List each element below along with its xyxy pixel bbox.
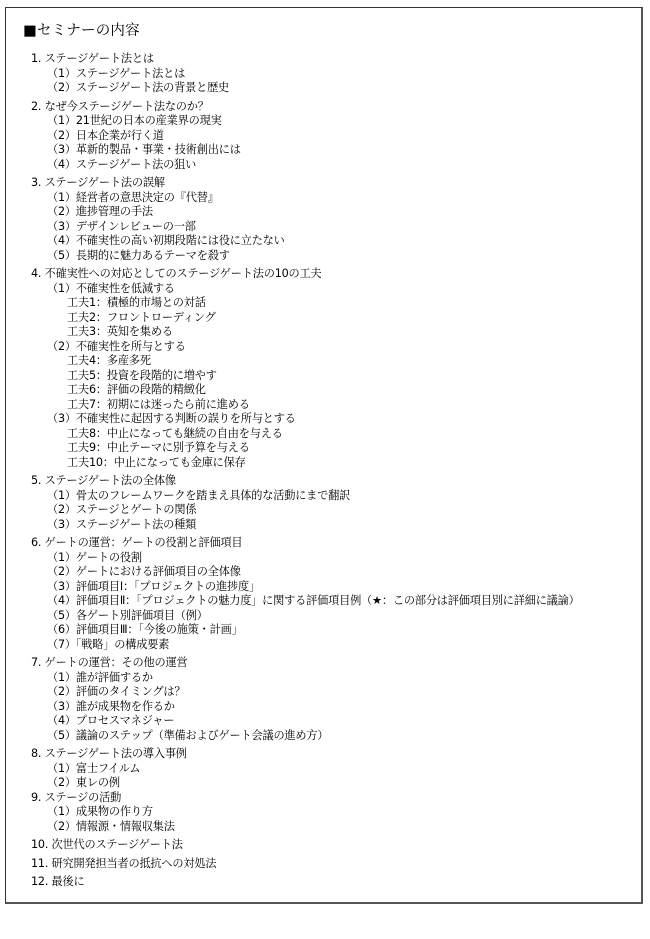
sub-item: （4）不確実性の高い初期段階には役に立たない xyxy=(31,234,580,249)
sub-item: （4）評価項目Ⅱ：「プロジェクトの魅力度」に関する評価項目例（★：この部分は評価… xyxy=(31,594,580,609)
sub-item: （5）議論のステップ（準備およびゲート会議の進め方） xyxy=(31,729,580,744)
sub-item: （1）誰が評価するか xyxy=(31,671,580,686)
sub-item: （2）ゲートにおける評価項目の全体像 xyxy=(31,565,580,580)
section-heading: 9. ステージの活動 xyxy=(31,791,580,806)
section-12: 12. 最後に xyxy=(31,875,580,890)
sub-item: （1）成果物の作り方 xyxy=(31,805,580,820)
section-3: 3. ステージゲート法の誤解 （1）経営者の意思決定の『代替』 （2）進捗管理の… xyxy=(31,176,580,263)
section-11: 11. 研究開発担当者の抵抗への対処法 xyxy=(31,857,580,872)
sub-sub-item: 工夫1：積極的市場との対話 xyxy=(31,296,580,311)
sub-sub-item: 工夫7：初期には迷ったら前に進める xyxy=(31,398,580,413)
sub-item: （5）各ゲート別評価項目（例） xyxy=(31,609,580,624)
sub-sub-item: 工夫4：多産多死 xyxy=(31,354,580,369)
section-heading: 6. ゲートの運営：ゲートの役割と評価項目 xyxy=(31,536,580,551)
section-8: 8. ステージゲート法の導入事例 （1）富士フイルム （2）東レの例 xyxy=(31,747,580,791)
sub-sub-item: 工夫5：投資を段階的に増やす xyxy=(31,369,580,384)
section-6: 6. ゲートの運営：ゲートの役割と評価項目 （1）ゲートの役割 （2）ゲートにお… xyxy=(31,536,580,652)
section-2: 2. なぜ今ステージゲート法なのか？ （1）21世紀の日本の産業界の現実 （2）… xyxy=(31,100,580,173)
sub-item: （1）骨太のフレームワークを踏まえ具体的な活動にまで翻訳 xyxy=(31,489,580,504)
sub-item: （6）評価項目Ⅲ：「今後の施策・計画」 xyxy=(31,623,580,638)
page-title: ■セミナーの内容 xyxy=(23,22,140,40)
sub-sub-item: 工夫3：英知を集める xyxy=(31,325,580,340)
section-heading: 7. ゲートの運営：その他の運営 xyxy=(31,656,580,671)
sub-sub-item: 工夫2：フロントローディング xyxy=(31,311,580,326)
sub-item: （1）21世紀の日本の産業界の現実 xyxy=(31,114,580,129)
sub-item: （1）不確実性を低減する xyxy=(31,282,580,297)
sub-item: （2）不確実性を所与とする xyxy=(31,340,580,355)
section-heading: 3. ステージゲート法の誤解 xyxy=(31,176,580,191)
sub-item: （1）経営者の意思決定の『代替』 xyxy=(31,191,580,206)
sub-item: （2）情報源・情報収集法 xyxy=(31,820,580,835)
sub-item: （2）日本企業が行く道 xyxy=(31,129,580,144)
section-7: 7. ゲートの運営：その他の運営 （1）誰が評価するか （2）評価のタイミングは… xyxy=(31,656,580,743)
sub-item: （3）デザインレビューの一部 xyxy=(31,220,580,235)
sub-item: （1）ステージゲート法とは xyxy=(31,67,580,82)
sub-sub-item: 工夫6：評価の段階的精緻化 xyxy=(31,383,580,398)
sub-item: （2）ステージゲート法の背景と歴史 xyxy=(31,81,580,96)
section-heading: 11. 研究開発担当者の抵抗への対処法 xyxy=(31,857,580,872)
section-heading: 2. なぜ今ステージゲート法なのか？ xyxy=(31,100,580,115)
section-10: 10. 次世代のステージゲート法 xyxy=(31,838,580,853)
sub-sub-item: 工夫8：中止になっても継続の自由を与える xyxy=(31,427,580,442)
sub-item: （1）ゲートの役割 xyxy=(31,551,580,566)
sub-sub-item: 工夫9：中止テーマに別予算を与える xyxy=(31,441,580,456)
section-heading: 10. 次世代のステージゲート法 xyxy=(31,838,580,853)
sub-item: （2）評価のタイミングは？ xyxy=(31,685,580,700)
sub-item: （2）東レの例 xyxy=(31,776,580,791)
sub-item: （3）不確実性に起因する判断の誤りを所与とする xyxy=(31,412,580,427)
sub-item: （7）「戦略」の構成要素 xyxy=(31,638,580,653)
section-1: 1. ステージゲート法とは （1）ステージゲート法とは （2）ステージゲート法の… xyxy=(31,52,580,96)
sub-item: （2）ステージとゲートの関係 xyxy=(31,503,580,518)
sub-item: （4）プロセスマネジャー xyxy=(31,714,580,729)
sub-item: （3）ステージゲート法の種類 xyxy=(31,518,580,533)
sub-item: （3）革新的製品・事業・技術創出には xyxy=(31,143,580,158)
sub-item: （4）ステージゲート法の狙い xyxy=(31,158,580,173)
section-heading: 8. ステージゲート法の導入事例 xyxy=(31,747,580,762)
sub-sub-item: 工夫10：中止になっても金庫に保存 xyxy=(31,456,580,471)
sub-item: （5）長期的に魅力あるテーマを殺す xyxy=(31,249,580,264)
section-9: 9. ステージの活動 （1）成果物の作り方 （2）情報源・情報収集法 xyxy=(31,791,580,835)
section-heading: 12. 最後に xyxy=(31,875,580,890)
section-heading: 4. 不確実性への対応としてのステージゲート法の10の工夫 xyxy=(31,267,580,282)
section-heading: 5. ステージゲート法の全体像 xyxy=(31,474,580,489)
sub-item: （3）評価項目Ⅰ：「プロジェクトの進捗度」 xyxy=(31,580,580,595)
section-5: 5. ステージゲート法の全体像 （1）骨太のフレームワークを踏まえ具体的な活動に… xyxy=(31,474,580,532)
sub-item: （1）富士フイルム xyxy=(31,762,580,777)
sub-item: （3）誰が成果物を作るか xyxy=(31,700,580,715)
section-heading: 1. ステージゲート法とは xyxy=(31,52,580,67)
sub-item: （2）進捗管理の手法 xyxy=(31,205,580,220)
seminar-outline: 1. ステージゲート法とは （1）ステージゲート法とは （2）ステージゲート法の… xyxy=(31,52,580,894)
section-4: 4. 不確実性への対応としてのステージゲート法の10の工夫 （1）不確実性を低減… xyxy=(31,267,580,470)
